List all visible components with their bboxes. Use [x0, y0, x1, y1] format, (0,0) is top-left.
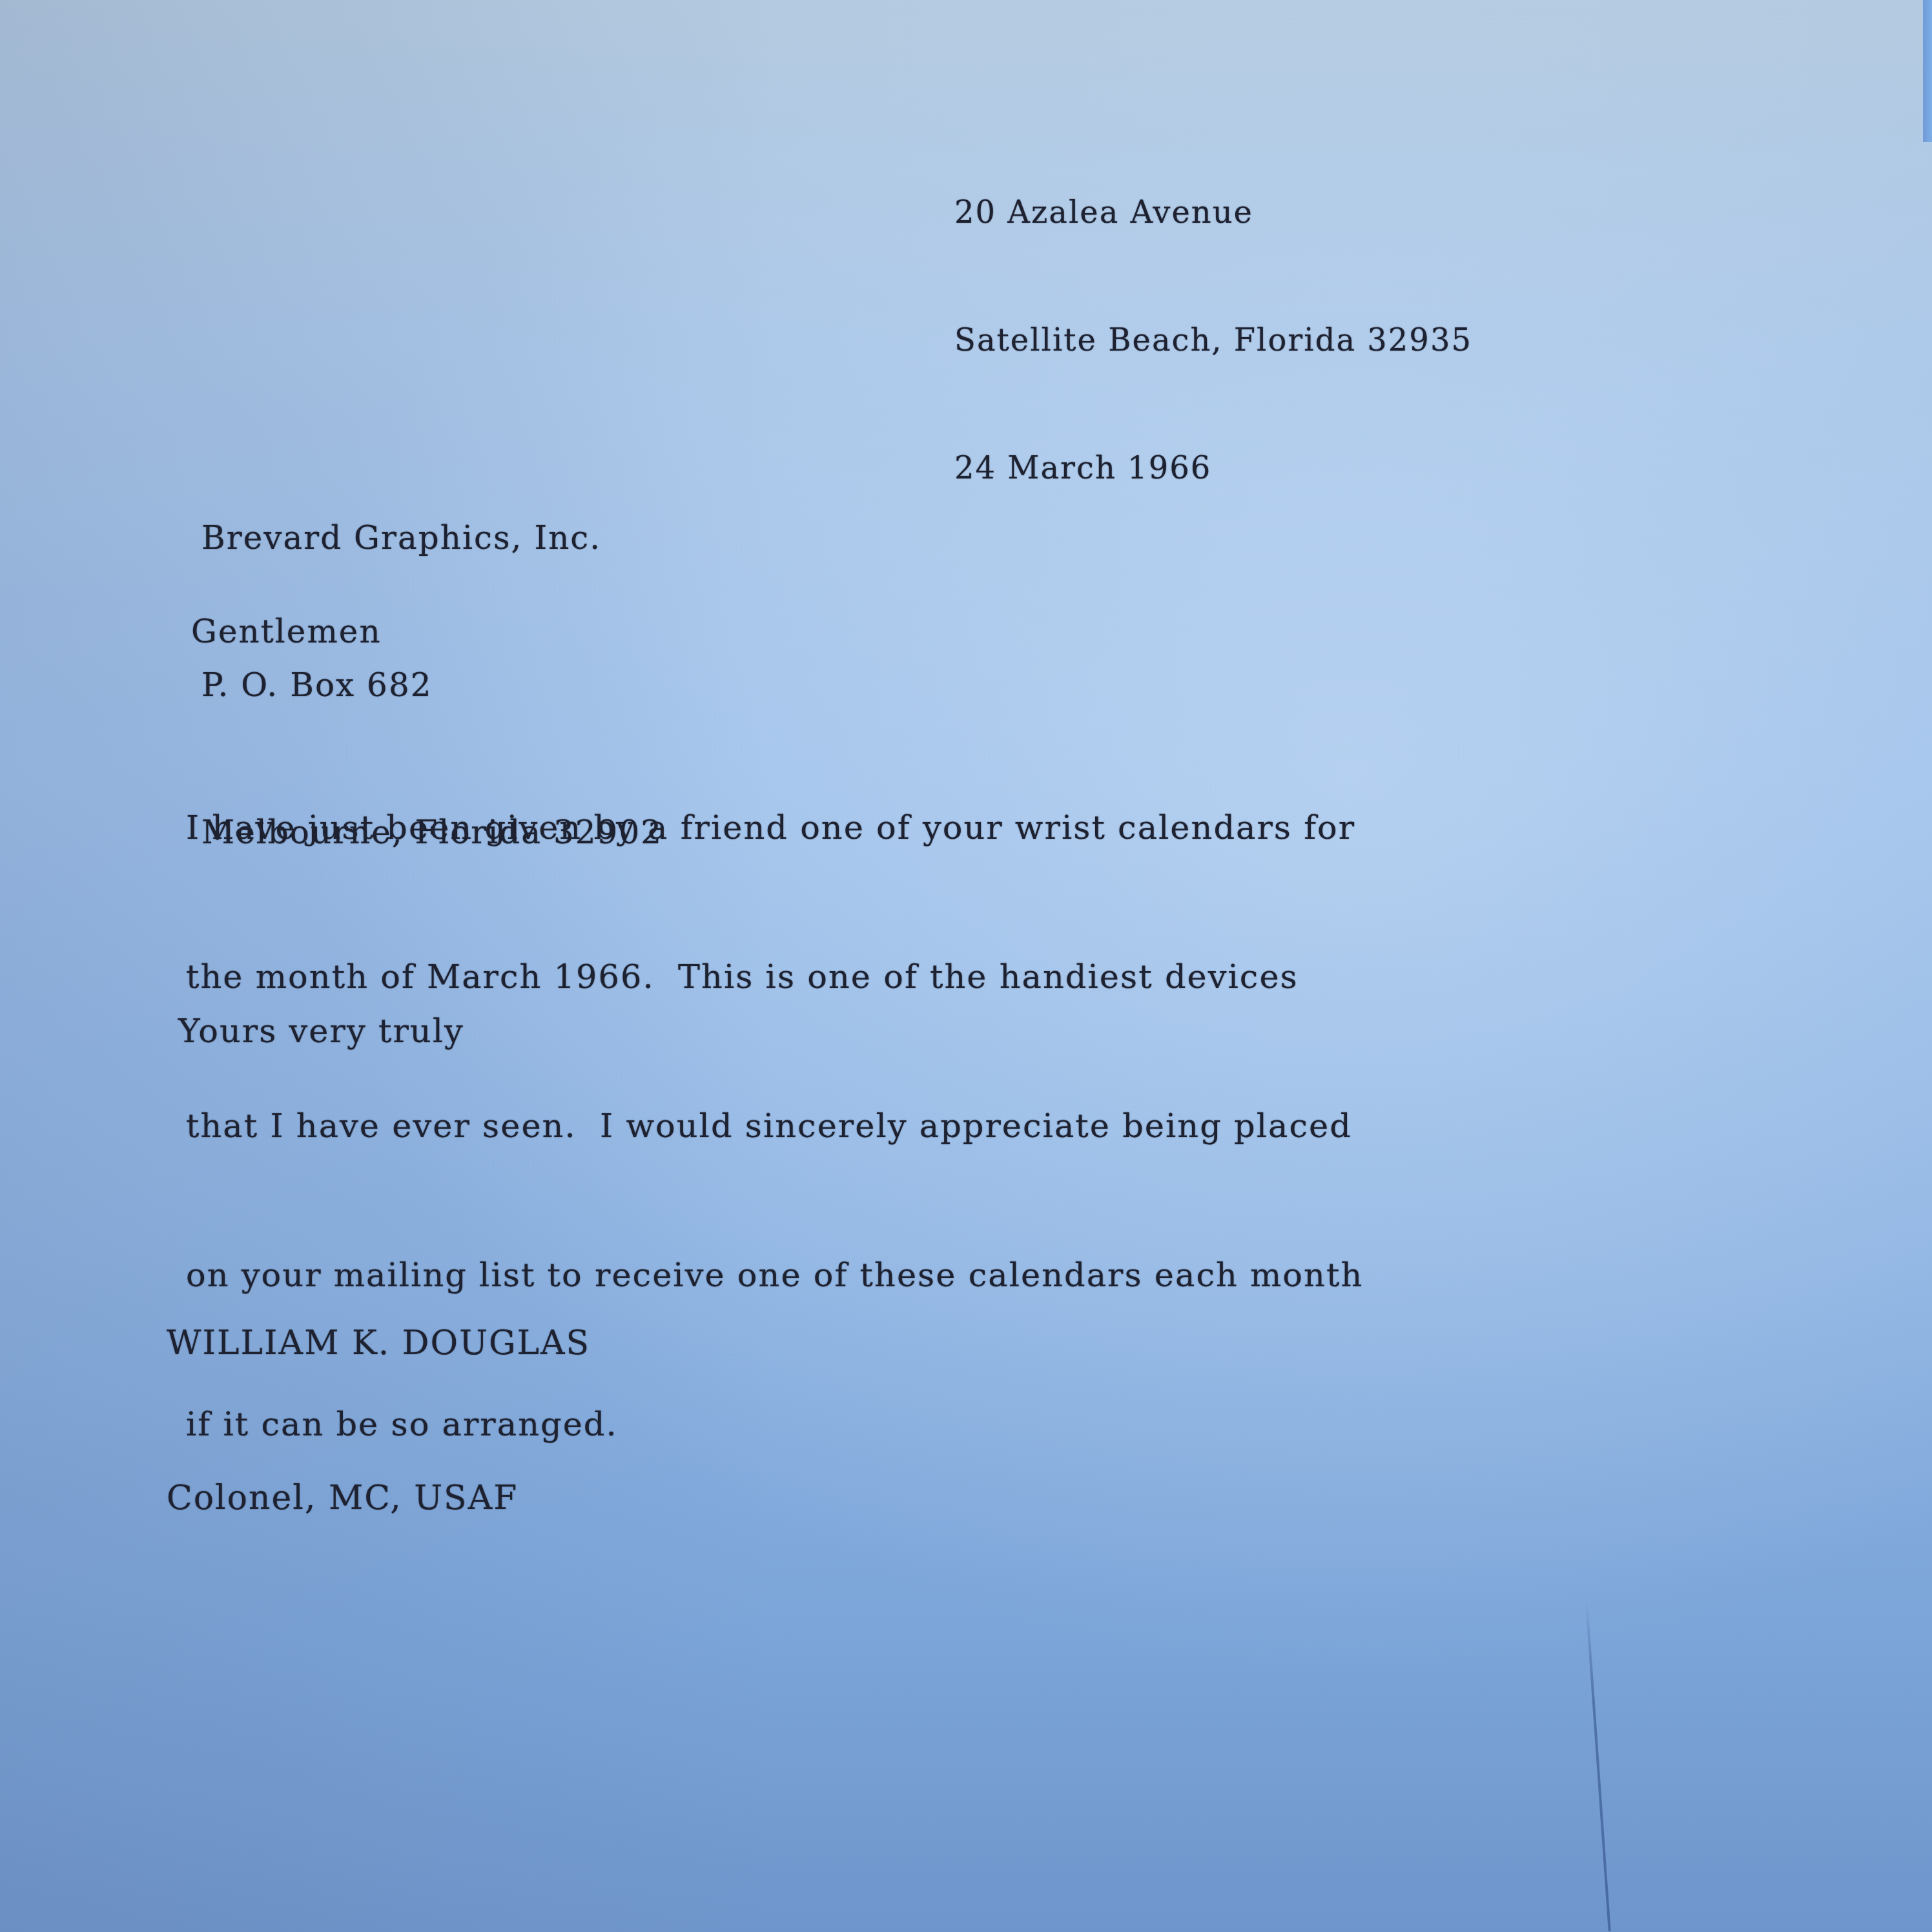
salutation: Gentlemen — [191, 607, 382, 656]
letter-paper: 20 Azalea Avenue Satellite Beach, Florid… — [0, 0, 1932, 1932]
signer-title: Colonel, MC, USAF — [167, 1472, 590, 1524]
closing: Yours very truly — [178, 1007, 464, 1056]
body-line: I have just been given by a friend one o… — [186, 803, 1363, 853]
signature-block: WILLIAM K. DOUGLAS Colonel, MC, USAF — [167, 1214, 590, 1627]
paper-crease — [1585, 1601, 1611, 1931]
recipient-po-box: P. O. Box 682 — [201, 661, 663, 710]
sender-address-block: 20 Azalea Avenue Satellite Beach, Florid… — [954, 106, 1472, 575]
sender-street: 20 Azalea Avenue — [954, 191, 1472, 234]
sender-city-state-zip: Satellite Beach, Florida 32935 — [954, 319, 1472, 362]
signer-name: WILLIAM K. DOUGLAS — [167, 1317, 590, 1369]
paper-edge — [1923, 0, 1932, 142]
body-line: that I have ever seen. I would sincerely… — [186, 1102, 1363, 1151]
recipient-company: Brevard Graphics, Inc. — [201, 513, 663, 562]
body-line: the month of March 1966. This is one of … — [186, 952, 1363, 1002]
letter-date: 24 March 1966 — [954, 447, 1472, 489]
